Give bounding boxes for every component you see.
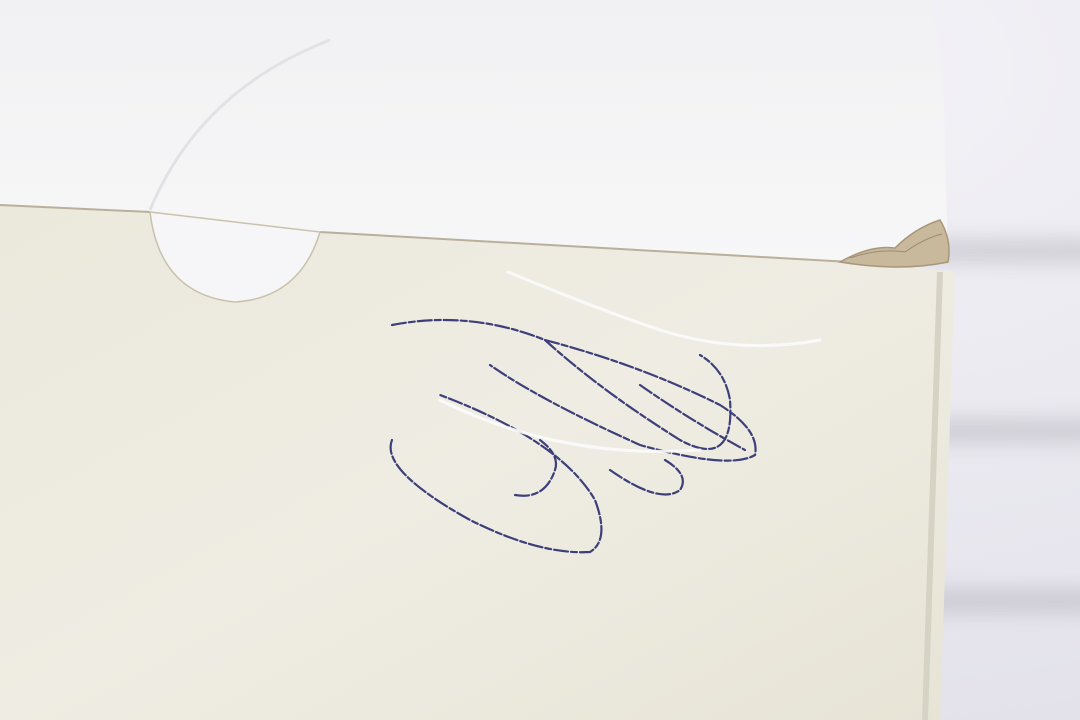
photo-scene xyxy=(0,0,1080,720)
cardboard-box xyxy=(0,0,1080,720)
box-front-panel xyxy=(0,205,955,720)
